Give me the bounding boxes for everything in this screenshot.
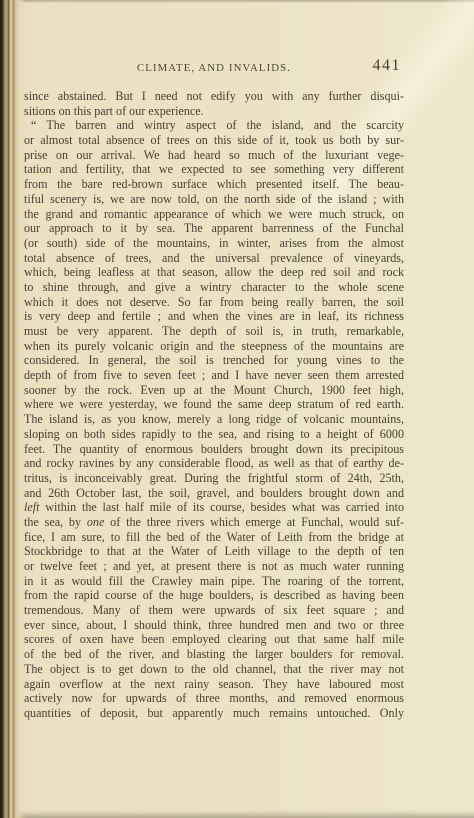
text-line: actively now for upwards of three months… (24, 691, 404, 706)
text-line: considered. In general, the soil is tren… (24, 353, 404, 368)
text-line: is very deep and fertile ; and when the … (24, 309, 404, 324)
text-line: sloping on both sides rapidly to the sea… (24, 427, 404, 442)
text-segment: scores of oxen have been employed cleari… (24, 632, 404, 646)
text-line: our approach to it by sea. The apparent … (24, 221, 404, 236)
italic-word: one (87, 515, 104, 529)
text-segment: or almost total absence of trees on this… (24, 133, 404, 147)
text-segment: our approach to it by sea. The apparent … (24, 221, 404, 235)
text-line: Stockbridge to that at the Water of Leit… (24, 544, 404, 559)
text-segment: tremendous. Many of them were upwards of… (24, 603, 404, 617)
text-line: and rocky ravines by any considerable fl… (24, 456, 404, 471)
text-segment: where we were yesterday, we found the sa… (24, 397, 404, 411)
text-segment: considered. In general, the soil is tren… (24, 353, 404, 367)
text-line: must be very apparent. The depth of soil… (24, 324, 404, 339)
text-line: quantities of deposit, but apparently mu… (24, 706, 404, 721)
text-segment: and rocky ravines by any considerable fl… (24, 456, 404, 470)
text-line: tiful scenery is, we are now told, on th… (24, 192, 404, 207)
text-line: ever since, about, I should think, three… (24, 618, 404, 633)
page-number: 441 (373, 57, 402, 75)
text-line: which it does not deserve. So far from b… (24, 295, 404, 310)
text-segment: when its purely volcanic origin and the … (24, 339, 404, 353)
text-segment: from the rapid course of the huge boulde… (24, 588, 404, 602)
text-segment: fice, I am sure, to fill the bed of the … (24, 530, 404, 544)
text-segment: within the last half mile of its course,… (39, 500, 404, 514)
text-segment: actively now for upwards of three months… (24, 691, 404, 705)
text-segment: or twelve feet ; and yet, at present the… (24, 559, 404, 573)
text-segment: “ The barren and wintry aspect of the is… (31, 118, 404, 132)
text-segment: which it does not deserve. So far from b… (24, 295, 404, 309)
text-segment: feet. The quantity of enormous boulders … (24, 442, 404, 456)
text-line: “ The barren and wintry aspect of the is… (24, 118, 404, 133)
text-segment: the sea, by (24, 515, 87, 529)
text-segment: must be very apparent. The depth of soil… (24, 324, 404, 338)
text-segment: of the three rivers which emerge at Func… (104, 515, 404, 529)
page-header: CLIMATE, AND INVALIDS. 441 (24, 59, 404, 77)
text-segment: depth of from five to seven feet ; and I… (24, 368, 404, 382)
italic-word: left (24, 500, 39, 514)
text-segment: the grand and romantic appearance of whi… (24, 207, 404, 221)
text-segment: The object is to get down to the old cha… (24, 662, 404, 676)
text-line: of the bed of the river, and blasting th… (24, 647, 404, 662)
text-line: fice, I am sure, to fill the bed of the … (24, 530, 404, 545)
text-line: The island is, as you know, merely a lon… (24, 412, 404, 427)
text-segment: in it as would fill the Crawley main pip… (24, 574, 404, 588)
text-line: The object is to get down to the old cha… (24, 662, 404, 677)
text-line: sitions on this part of our experience. (24, 104, 404, 119)
text-line: since abstained. But I need not edify yo… (24, 89, 404, 104)
text-segment: and 26th October last, the soil, gravel,… (24, 486, 404, 500)
text-line: prise on our arrival. We had heard so mu… (24, 148, 404, 163)
text-line: the grand and romantic appearance of whi… (24, 207, 404, 222)
text-segment: tation and fertility, that we expected t… (24, 162, 404, 176)
text-line: sooner by the rock. Even up at the Mount… (24, 383, 404, 398)
text-segment: total absence of trees, and the universa… (24, 251, 404, 265)
text-segment: since abstained. But I need not edify yo… (24, 89, 404, 103)
text-line: total absence of trees, and the universa… (24, 251, 404, 266)
text-line: where we were yesterday, we found the sa… (24, 397, 404, 412)
running-header-title: CLIMATE, AND INVALIDS. (24, 62, 404, 74)
text-segment: tiful scenery is, we are now told, on th… (24, 192, 404, 206)
book-page: CLIMATE, AND INVALIDS. 441 since abstain… (0, 0, 474, 818)
text-line: left within the last half mile of its co… (24, 500, 404, 515)
text-segment: from the bare red-brown surface which pr… (24, 177, 404, 191)
text-line: tation and fertility, that we expected t… (24, 162, 404, 177)
text-segment: prise on our arrival. We had heard so mu… (24, 148, 404, 162)
text-line: the sea, by one of the three rivers whic… (24, 515, 404, 530)
page-binding-edge (0, 0, 26, 818)
page-text: since abstained. But I need not edify yo… (24, 89, 404, 721)
text-line: tritus, is inconceivably great. During t… (24, 471, 404, 486)
text-line: and 26th October last, the soil, gravel,… (24, 486, 404, 501)
text-segment: which, being leafless at that season, al… (24, 265, 404, 279)
text-line: again overflow at the next rainy season.… (24, 677, 404, 692)
text-line: from the rapid course of the huge boulde… (24, 588, 404, 603)
text-segment: sloping on both sides rapidly to the sea… (24, 427, 404, 441)
text-segment: The island is, as you know, merely a lon… (24, 412, 404, 426)
text-line: or twelve feet ; and yet, at present the… (24, 559, 404, 574)
text-segment: ever since, about, I should think, three… (24, 618, 404, 632)
text-segment: sitions on this part of our experience. (24, 104, 204, 118)
text-segment: Stockbridge to that at the Water of Leit… (24, 544, 404, 558)
text-line: which, being leafless at that season, al… (24, 265, 404, 280)
text-line: depth of from five to seven feet ; and I… (24, 368, 404, 383)
text-line: (or south) side of the mountains, in win… (24, 236, 404, 251)
text-segment: of the bed of the river, and blasting th… (24, 647, 404, 661)
text-line: in it as would fill the Crawley main pip… (24, 574, 404, 589)
text-line: from the bare red-brown surface which pr… (24, 177, 404, 192)
text-line: tremendous. Many of them were upwards of… (24, 603, 404, 618)
text-segment: again overflow at the next rainy season.… (24, 677, 404, 691)
text-line: or almost total absence of trees on this… (24, 133, 404, 148)
text-line: when its purely volcanic origin and the … (24, 339, 404, 354)
text-segment: quantities of deposit, but apparently mu… (24, 706, 404, 720)
text-line: to shine through, and give a wintry char… (24, 280, 404, 295)
text-segment: (or south) side of the mountains, in win… (24, 236, 404, 250)
text-segment: is very deep and fertile ; and when the … (24, 309, 404, 323)
text-line: scores of oxen have been employed cleari… (24, 632, 404, 647)
text-line: feet. The quantity of enormous boulders … (24, 442, 404, 457)
text-segment: tritus, is inconceivably great. During t… (24, 471, 404, 485)
text-segment: to shine through, and give a wintry char… (24, 280, 404, 294)
text-segment: sooner by the rock. Even up at the Mount… (24, 383, 404, 397)
